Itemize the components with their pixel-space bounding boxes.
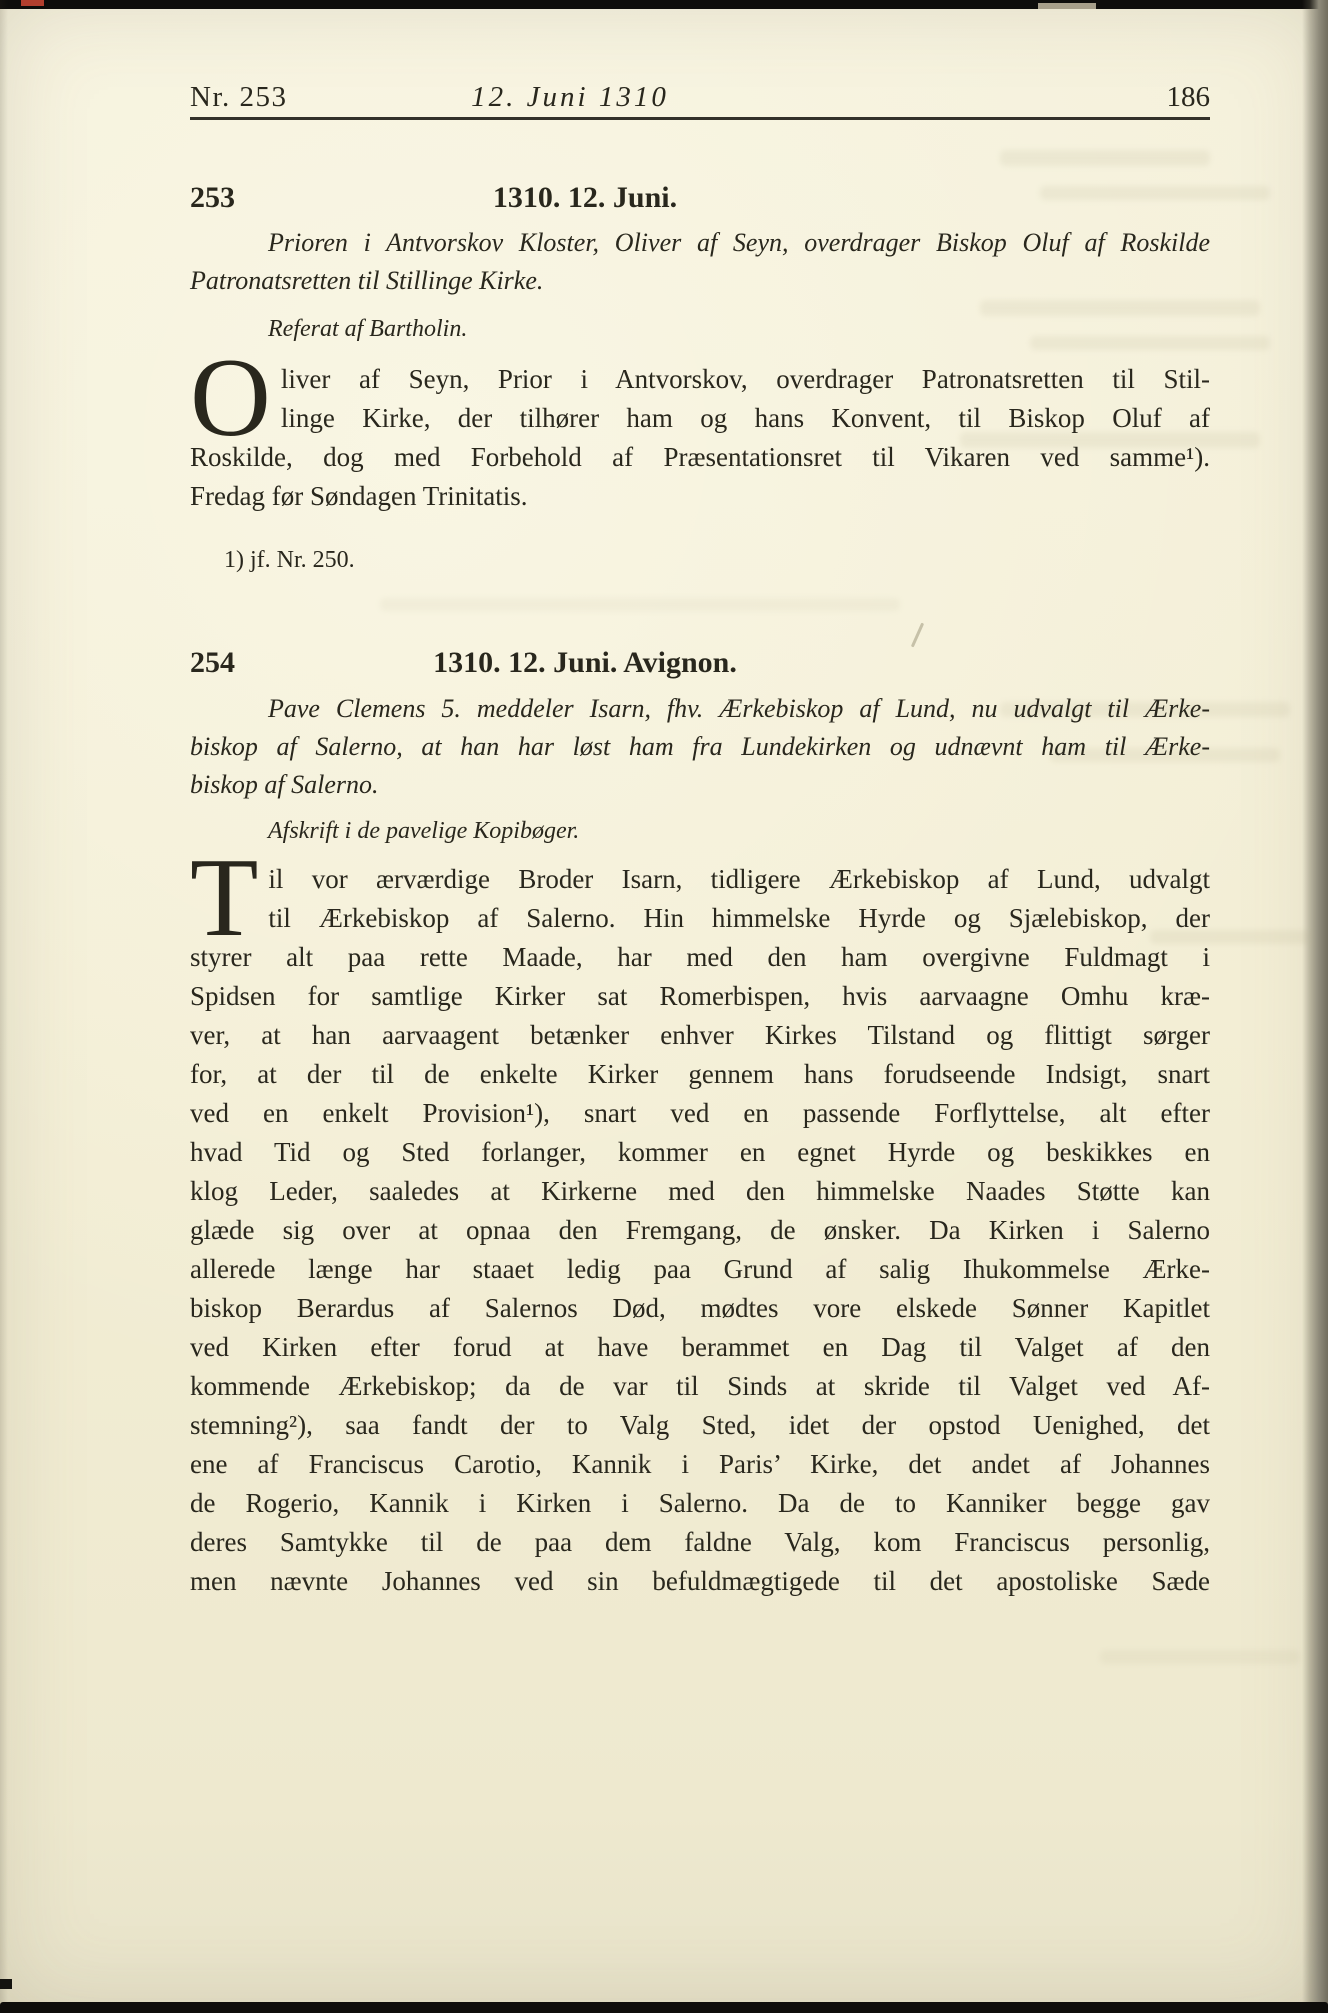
- doc254-body-line: klog Leder, saaledes at Kirkerne med den…: [190, 1172, 1210, 1211]
- doc254-summary-line: biskop af Salerno, at han har løst ham f…: [190, 728, 1210, 766]
- doc253-body-line: liver af Seyn, Prior i Antvorskov, overd…: [281, 360, 1210, 399]
- doc254-body-line: men nævnte Johannes ved sin befuldmægtig…: [190, 1562, 1210, 1601]
- doc254-body-line: allerede længe har staaet ledig paa Grun…: [190, 1250, 1210, 1289]
- scanned-book-page: Nr. 253 12. Juni 1310 186 253 1310. 12. …: [0, 0, 1328, 2013]
- doc254-body-line: de Rogerio, Kannik i Kirken i Salerno. D…: [190, 1484, 1210, 1523]
- doc253-body: O liver af Seyn, Prior i Antvorskov, ove…: [190, 360, 1210, 516]
- doc253-summary: Prioren i Antvorskov Kloster, Oliver af …: [190, 224, 1210, 300]
- doc254-body-line: glæde sig over at opnaa den Fremgang, de…: [190, 1211, 1210, 1250]
- header-number-label: Nr. 253: [190, 81, 288, 113]
- doc254-body-line: til Ærkebiskop af Salerno. Hin himmelske…: [268, 899, 1210, 938]
- doc253-heading: 253 1310. 12. Juni.: [190, 181, 1210, 215]
- header-rule: [190, 117, 1210, 120]
- scan-edge-bottom: [0, 2002, 1328, 2013]
- doc253-body-line: linge Kirke, der tilhører ham og hans Ko…: [281, 399, 1210, 438]
- scan-edge-right: [1302, 0, 1328, 2013]
- doc254-date-heading: 1310. 12. Juni. Avignon.: [433, 646, 737, 680]
- doc254-body-line: ene af Franciscus Carotio, Kannik i Pari…: [190, 1445, 1210, 1484]
- doc253-body-line: Roskilde, dog med Forbehold af Præsentat…: [190, 438, 1210, 477]
- doc254-drop-cap: T: [190, 858, 268, 938]
- doc253-summary-line: Prioren i Antvorskov Kloster, Oliver af …: [190, 224, 1210, 262]
- bleed-through-artifact: [380, 598, 900, 611]
- stray-mark: [911, 623, 924, 648]
- doc254-body-line: deres Samtykke til de paa dem faldne Val…: [190, 1523, 1210, 1562]
- doc254-body-line: Spidsen for samtlige Kirker sat Romerbis…: [190, 977, 1210, 1016]
- doc254-body-line: hvad Tid og Sted forlanger, kommer en eg…: [190, 1133, 1210, 1172]
- page-number: 186: [1167, 80, 1211, 114]
- doc254-body-line: stemning²), saa fandt der to Valg Sted, …: [190, 1406, 1210, 1445]
- scan-edge-top: [0, 0, 1328, 9]
- bleed-through-artifact: [1000, 150, 1210, 166]
- doc254-caprow: T il vor ærværdige Broder Isarn, tidlige…: [190, 860, 1210, 938]
- doc254-body-line: for, at der til de enkelte Kirker gennem…: [190, 1055, 1210, 1094]
- doc254-body-line: styrer alt paa rette Maade, har med den …: [190, 938, 1210, 977]
- doc254-body-line: kommende Ærkebiskop; da de var til Sinds…: [190, 1367, 1210, 1406]
- doc253-summary-line: Patronatsretten til Stillinge Kirke.: [190, 262, 1210, 300]
- doc254-body-line: ved en enkelt Provision¹), snart ved en …: [190, 1094, 1210, 1133]
- doc253-body-line: Fredag før Søndagen Trinitatis.: [190, 477, 1210, 516]
- doc254-body-line: il vor ærværdige Broder Isarn, tidligere…: [268, 860, 1210, 899]
- doc254-summary-line: biskop af Salerno.: [190, 766, 1210, 804]
- doc254-summary: Pave Clemens 5. meddeler Isarn, fhv. Ærk…: [190, 690, 1210, 804]
- bleed-through-artifact: [1100, 1650, 1300, 1664]
- scan-edge-dash: [0, 1979, 12, 1989]
- doc254-body-line: ved Kirken efter forud at have berammet …: [190, 1328, 1210, 1367]
- doc254-body-line: ver, at han aarvaagent betænker enhver K…: [190, 1016, 1210, 1055]
- scan-edge-gap: [1038, 3, 1096, 9]
- red-registration-mark: [21, 0, 44, 6]
- doc253-caprow: O liver af Seyn, Prior i Antvorskov, ove…: [190, 360, 1210, 438]
- header-running-date: 12. Juni 1310: [471, 80, 669, 114]
- doc253-cap-lines: liver af Seyn, Prior i Antvorskov, overd…: [281, 360, 1210, 438]
- doc253-drop-cap: O: [190, 358, 281, 438]
- doc253-source-note: Referat af Bartholin.: [190, 314, 1288, 344]
- doc254-source-note: Afskrift i de pavelige Kopibøger.: [190, 816, 1288, 846]
- running-header: Nr. 253 12. Juni 1310 186: [190, 80, 1210, 114]
- doc254-summary-line: Pave Clemens 5. meddeler Isarn, fhv. Ærk…: [190, 690, 1210, 728]
- scan-edge-left: [0, 0, 8, 2013]
- doc254-heading: 254 1310. 12. Juni. Avignon.: [190, 646, 1210, 680]
- doc254-cap-lines: il vor ærværdige Broder Isarn, tidligere…: [268, 860, 1210, 938]
- doc253-footnote: 1) jf. Nr. 250.: [190, 545, 1244, 575]
- doc254-body-line: biskop Berardus af Salernos Død, mødtes …: [190, 1289, 1210, 1328]
- doc254-body: T il vor ærværdige Broder Isarn, tidlige…: [190, 860, 1210, 1601]
- doc253-date-heading: 1310. 12. Juni.: [493, 181, 677, 215]
- doc254-number: 254: [190, 646, 235, 679]
- doc253-number: 253: [190, 181, 235, 214]
